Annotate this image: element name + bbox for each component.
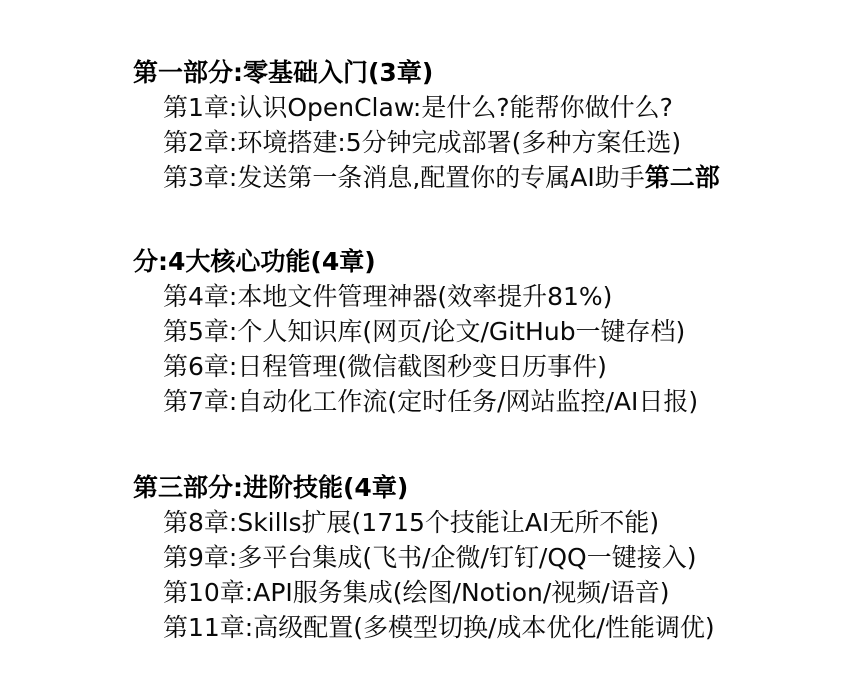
chapter-item-4-text: 第4章:本地文件管理神器(效率提升81%): [163, 282, 612, 311]
chapter-item-5: 第5章:个人知识库(网页/论文/GitHub一键存档): [163, 314, 698, 349]
chapter-item-7-text: 第7章:自动化工作流(定时任务/网站监控/AI日报): [163, 387, 698, 416]
section-heading-part3: 第三部分:进阶技能(4章): [133, 470, 715, 505]
chapter-item-3-text: 第3章:发送第一条消息,配置你的专属AI助手: [163, 163, 645, 192]
chapter-item-8: 第8章:Skills扩展(1715个技能让AI无所不能): [163, 505, 715, 540]
chapter-item-11: 第11章:高级配置(多模型切换/成本优化/性能调优): [163, 610, 715, 645]
chapter-item-2: 第2章:环境搭建:5分钟完成部署(多种方案任选): [163, 125, 720, 160]
chapter-item-10: 第10章:API服务集成(绘图/Notion/视频/语音): [163, 575, 715, 610]
chapter-item-2-text: 第2章:环境搭建:5分钟完成部署(多种方案任选): [163, 128, 681, 157]
toc-section-part3: 第三部分:进阶技能(4章) 第8章:Skills扩展(1715个技能让AI无所不…: [133, 470, 715, 645]
chapter-item-10-text: 第10章:API服务集成(绘图/Notion/视频/语音): [163, 578, 669, 607]
chapter-item-9-text: 第9章:多平台集成(飞书/企微/钉钉/QQ一键接入): [163, 543, 696, 572]
toc-section-part1: 第一部分:零基础入门(3章) 第1章:认识OpenClaw:是什么?能帮你做什么…: [133, 55, 720, 195]
chapter-item-1-text: 第1章:认识OpenClaw:是什么?能帮你做什么?: [163, 93, 673, 122]
chapter-item-3-bold-suffix: 第二部: [645, 163, 720, 192]
chapter-item-11-text: 第11章:高级配置(多模型切换/成本优化/性能调优): [163, 613, 715, 642]
chapter-item-3: 第3章:发送第一条消息,配置你的专属AI助手第二部: [163, 160, 720, 195]
chapter-item-4: 第4章:本地文件管理神器(效率提升81%): [163, 279, 698, 314]
section-heading-part2: 分:4大核心功能(4章): [133, 244, 698, 279]
chapter-item-1: 第1章:认识OpenClaw:是什么?能帮你做什么?: [163, 90, 720, 125]
chapter-item-6-text: 第6章:日程管理(微信截图秒变日历事件): [163, 352, 607, 381]
chapter-item-5-text: 第5章:个人知识库(网页/论文/GitHub一键存档): [163, 317, 685, 346]
chapter-item-7: 第7章:自动化工作流(定时任务/网站监控/AI日报): [163, 384, 698, 419]
chapter-item-9: 第9章:多平台集成(飞书/企微/钉钉/QQ一键接入): [163, 540, 715, 575]
section-heading-part1: 第一部分:零基础入门(3章): [133, 55, 720, 90]
chapter-item-8-text: 第8章:Skills扩展(1715个技能让AI无所不能): [163, 508, 659, 537]
chapter-item-6: 第6章:日程管理(微信截图秒变日历事件): [163, 349, 698, 384]
document-page: 第一部分:零基础入门(3章) 第1章:认识OpenClaw:是什么?能帮你做什么…: [0, 0, 856, 688]
toc-section-part2: 分:4大核心功能(4章) 第4章:本地文件管理神器(效率提升81%) 第5章:个…: [133, 244, 698, 419]
